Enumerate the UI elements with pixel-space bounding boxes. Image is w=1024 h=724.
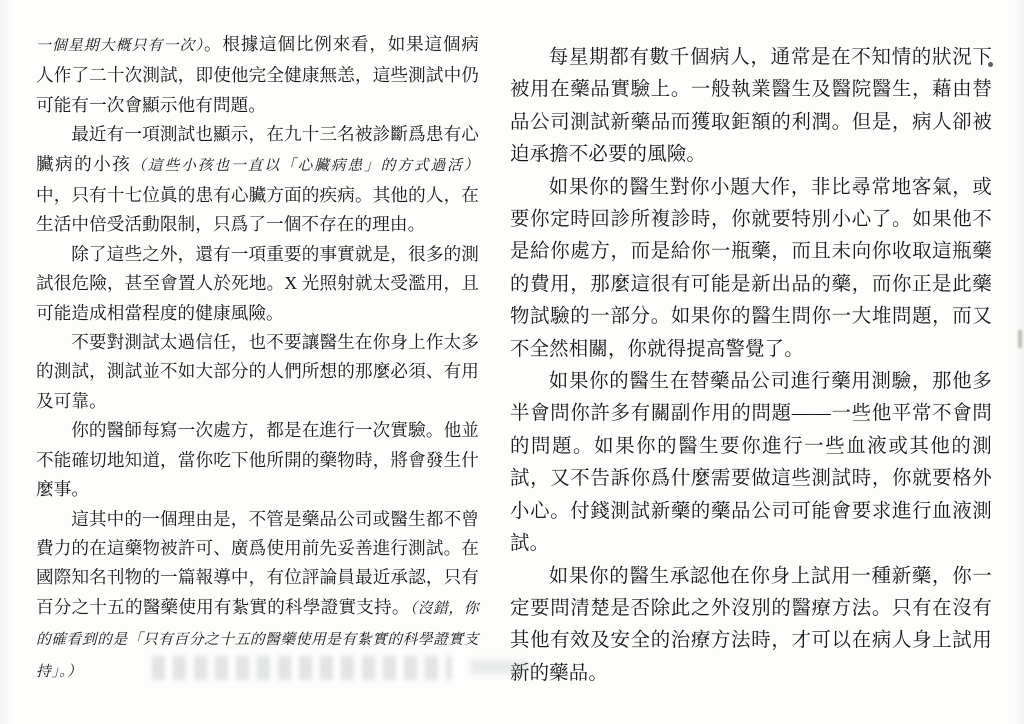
ink-dot-artifact <box>988 62 993 67</box>
body-text: 中，只有十七位眞的患有心臟方面的疾病。其他的人，在生活中倍受活動限制，只爲了一個… <box>36 185 479 234</box>
paragraph: 如果你的醫生對你小題大作，非比尋常地客氣，或要你定時回診所複診時，你就要特別小心… <box>510 172 992 366</box>
bleedthrough-smudge-small <box>470 660 530 674</box>
body-text: 你的醫師每寫一次處方，都是在進行一次實驗。他並不能確切地知道，當你吃下他所開的藥… <box>36 420 479 499</box>
body-text: 每星期都有數千個病人，通常是在不知情的狀況下被用在藥品實驗上。一般執業醫生及醫院… <box>510 47 992 165</box>
scan-edge-mark <box>1018 330 1022 348</box>
bleedthrough-smudge <box>152 656 452 680</box>
body-text: 除了這些之外，還有一項重要的事實就是，很多的測試很危險，甚至會置人於死地。X 光… <box>36 244 479 323</box>
paragraph: 一個星期大概只有一次）。根據這個比例來看，如果這個病人作了二十次測試，即使他完全… <box>36 30 479 120</box>
text-column-left: 一個星期大概只有一次）。根據這個比例來看，如果這個病人作了二十次測試，即使他完全… <box>36 30 479 687</box>
paragraph: 除了這些之外，還有一項重要的事實就是，很多的測試很危險，甚至會置人於死地。X 光… <box>36 240 479 328</box>
text-column-right: 每星期都有數千個病人，通常是在不知情的狀況下被用在藥品實驗上。一般執業醫生及醫院… <box>510 42 992 690</box>
paragraph: 如果你的醫生在替藥品公司進行藥用測驗，那他多半會問你許多有關副作用的問題——一些… <box>510 366 992 560</box>
paragraph: 如果你的醫生承認他在你身上試用一種新藥，你一定要問清楚是否除此之外沒別的醫療方法… <box>510 561 992 691</box>
annotation-text: （這些小孩也一直以「心臟病患」的方式過活） <box>131 158 479 174</box>
annotation-text: 一個星期大概只有一次） <box>36 38 204 54</box>
paragraph: 最近有一項測試也顯示，在九十三名被診斷爲患有心臟病的小孩（這些小孩也一直以「心臟… <box>36 120 479 240</box>
paragraph: 你的醫師每寫一次處方，都是在進行一次實驗。他並不能確切地知道，當你吃下他所開的藥… <box>36 416 479 504</box>
body-text: 如果你的醫生在替藥品公司進行藥用測驗，那他多半會問你許多有關副作用的問題——一些… <box>510 371 992 554</box>
body-text: 如果你的醫生對你小題大作，非比尋常地客氣，或要你定時回診所複診時，你就要特別小心… <box>510 177 992 360</box>
paragraph: 每星期都有數千個病人，通常是在不知情的狀況下被用在藥品實驗上。一般執業醫生及醫院… <box>510 42 992 172</box>
paragraph: 不要對測試太過信任，也不要讓醫生在你身上作太多的測試，測試並不如大部分的人們所想… <box>36 328 479 416</box>
body-text: 如果你的醫生承認他在你身上試用一種新藥，你一定要問清楚是否除此之外沒別的醫療方法… <box>510 566 992 684</box>
scanned-page: 一個星期大概只有一次）。根據這個比例來看，如果這個病人作了二十次測試，即使他完全… <box>0 0 1024 724</box>
body-text: 不要對測試太過信任，也不要讓醫生在你身上作太多的測試，測試並不如大部分的人們所想… <box>36 332 479 411</box>
